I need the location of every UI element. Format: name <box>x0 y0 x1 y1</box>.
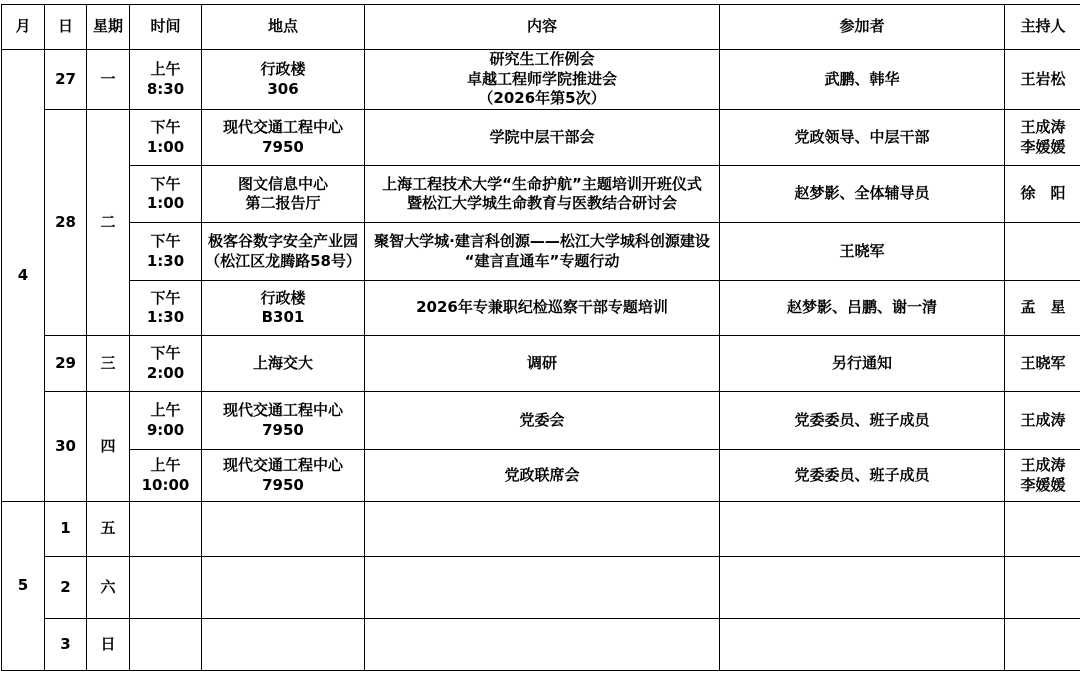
cell-day: 3 <box>45 619 87 671</box>
cell-time: 下午 1:00 <box>130 110 202 166</box>
cell-location <box>202 619 365 671</box>
table-row: 3 日 <box>2 619 1080 671</box>
table-row: 下午 1:30 行政楼 B301 2026年专兼职纪检巡察干部专题培训 赵梦影、… <box>2 281 1080 336</box>
cell-participants: 武鹏、韩华 <box>720 50 1005 110</box>
cell-content <box>365 557 720 619</box>
cell-content: 党政联席会 <box>365 450 720 502</box>
cell-participants: 党委委员、班子成员 <box>720 392 1005 450</box>
cell-location <box>202 557 365 619</box>
cell-month-may: 5 <box>2 502 45 671</box>
cell-time <box>130 502 202 557</box>
cell-location: 现代交通工程中心 7950 <box>202 110 365 166</box>
cell-host <box>1005 223 1080 281</box>
cell-time: 上午 10:00 <box>130 450 202 502</box>
cell-participants: 党政领导、中层干部 <box>720 110 1005 166</box>
cell-weekday: 五 <box>87 502 130 557</box>
cell-time <box>130 619 202 671</box>
cell-host <box>1005 557 1080 619</box>
cell-host: 王晓军 <box>1005 336 1080 392</box>
cell-location: 现代交通工程中心 7950 <box>202 392 365 450</box>
cell-participants <box>720 557 1005 619</box>
cell-content: 学院中层干部会 <box>365 110 720 166</box>
cell-time: 下午 2:00 <box>130 336 202 392</box>
cell-weekday: 四 <box>87 392 130 502</box>
schedule-table: 月 日 星期 时间 地点 内容 参加者 主持人 4 27 一 上午 8:30 行… <box>1 4 1080 671</box>
cell-day: 1 <box>45 502 87 557</box>
cell-day: 28 <box>45 110 87 336</box>
cell-day: 29 <box>45 336 87 392</box>
cell-time: 上午 9:00 <box>130 392 202 450</box>
header-month: 月 <box>2 5 45 50</box>
cell-time: 上午 8:30 <box>130 50 202 110</box>
table-row: 30 四 上午 9:00 现代交通工程中心 7950 党委会 党委委员、班子成员… <box>2 392 1080 450</box>
table-row: 2 六 <box>2 557 1080 619</box>
cell-weekday: 六 <box>87 557 130 619</box>
header-participants: 参加者 <box>720 5 1005 50</box>
header-row: 月 日 星期 时间 地点 内容 参加者 主持人 <box>2 5 1080 50</box>
table-row: 4 27 一 上午 8:30 行政楼 306 研究生工作例会 卓越工程师学院推进… <box>2 50 1080 110</box>
cell-weekday: 一 <box>87 50 130 110</box>
cell-participants: 王晓军 <box>720 223 1005 281</box>
table-row: 28 二 下午 1:00 现代交通工程中心 7950 学院中层干部会 党政领导、… <box>2 110 1080 166</box>
cell-location: 现代交通工程中心 7950 <box>202 450 365 502</box>
cell-host <box>1005 502 1080 557</box>
header-day: 日 <box>45 5 87 50</box>
cell-time <box>130 557 202 619</box>
table-row: 29 三 下午 2:00 上海交大 调研 另行通知 王晓军 <box>2 336 1080 392</box>
cell-host: 王成涛 李媛媛 <box>1005 450 1080 502</box>
cell-weekday: 日 <box>87 619 130 671</box>
cell-participants <box>720 502 1005 557</box>
cell-participants: 党委委员、班子成员 <box>720 450 1005 502</box>
cell-content <box>365 619 720 671</box>
table-row: 下午 1:00 图文信息中心 第二报告厅 上海工程技术大学“生命护航”主题培训开… <box>2 166 1080 223</box>
cell-location: 上海交大 <box>202 336 365 392</box>
cell-location: 行政楼 B301 <box>202 281 365 336</box>
table-row: 上午 10:00 现代交通工程中心 7950 党政联席会 党委委员、班子成员 王… <box>2 450 1080 502</box>
cell-content: 党委会 <box>365 392 720 450</box>
cell-participants: 赵梦影、吕鹏、谢一清 <box>720 281 1005 336</box>
cell-location <box>202 502 365 557</box>
cell-time: 下午 1:30 <box>130 281 202 336</box>
header-location: 地点 <box>202 5 365 50</box>
cell-host: 孟 星 <box>1005 281 1080 336</box>
cell-day: 27 <box>45 50 87 110</box>
table-row: 5 1 五 <box>2 502 1080 557</box>
cell-day: 30 <box>45 392 87 502</box>
cell-host: 王成涛 <box>1005 392 1080 450</box>
cell-host <box>1005 619 1080 671</box>
cell-time: 下午 1:00 <box>130 166 202 223</box>
cell-host: 徐 阳 <box>1005 166 1080 223</box>
cell-content: 调研 <box>365 336 720 392</box>
cell-participants <box>720 619 1005 671</box>
cell-host: 王岩松 <box>1005 50 1080 110</box>
cell-weekday: 二 <box>87 110 130 336</box>
header-host: 主持人 <box>1005 5 1080 50</box>
table-row: 下午 1:30 极客谷数字安全产业园（松江区龙腾路58号） 聚智大学城·建言科创… <box>2 223 1080 281</box>
cell-participants: 另行通知 <box>720 336 1005 392</box>
cell-weekday: 三 <box>87 336 130 392</box>
cell-location: 行政楼 306 <box>202 50 365 110</box>
cell-content: 研究生工作例会 卓越工程师学院推进会 （2026年第5次） <box>365 50 720 110</box>
cell-participants: 赵梦影、全体辅导员 <box>720 166 1005 223</box>
header-content: 内容 <box>365 5 720 50</box>
header-time: 时间 <box>130 5 202 50</box>
cell-content: 2026年专兼职纪检巡察干部专题培训 <box>365 281 720 336</box>
cell-location: 图文信息中心 第二报告厅 <box>202 166 365 223</box>
cell-content: 上海工程技术大学“生命护航”主题培训开班仪式 暨松江大学城生命教育与医教结合研讨… <box>365 166 720 223</box>
header-weekday: 星期 <box>87 5 130 50</box>
cell-content <box>365 502 720 557</box>
cell-location: 极客谷数字安全产业园（松江区龙腾路58号） <box>202 223 365 281</box>
cell-day: 2 <box>45 557 87 619</box>
cell-content: 聚智大学城·建言科创源——松江大学城科创源建设“建言直通车”专题行动 <box>365 223 720 281</box>
cell-host: 王成涛 李媛媛 <box>1005 110 1080 166</box>
cell-month-april: 4 <box>2 50 45 502</box>
cell-time: 下午 1:30 <box>130 223 202 281</box>
